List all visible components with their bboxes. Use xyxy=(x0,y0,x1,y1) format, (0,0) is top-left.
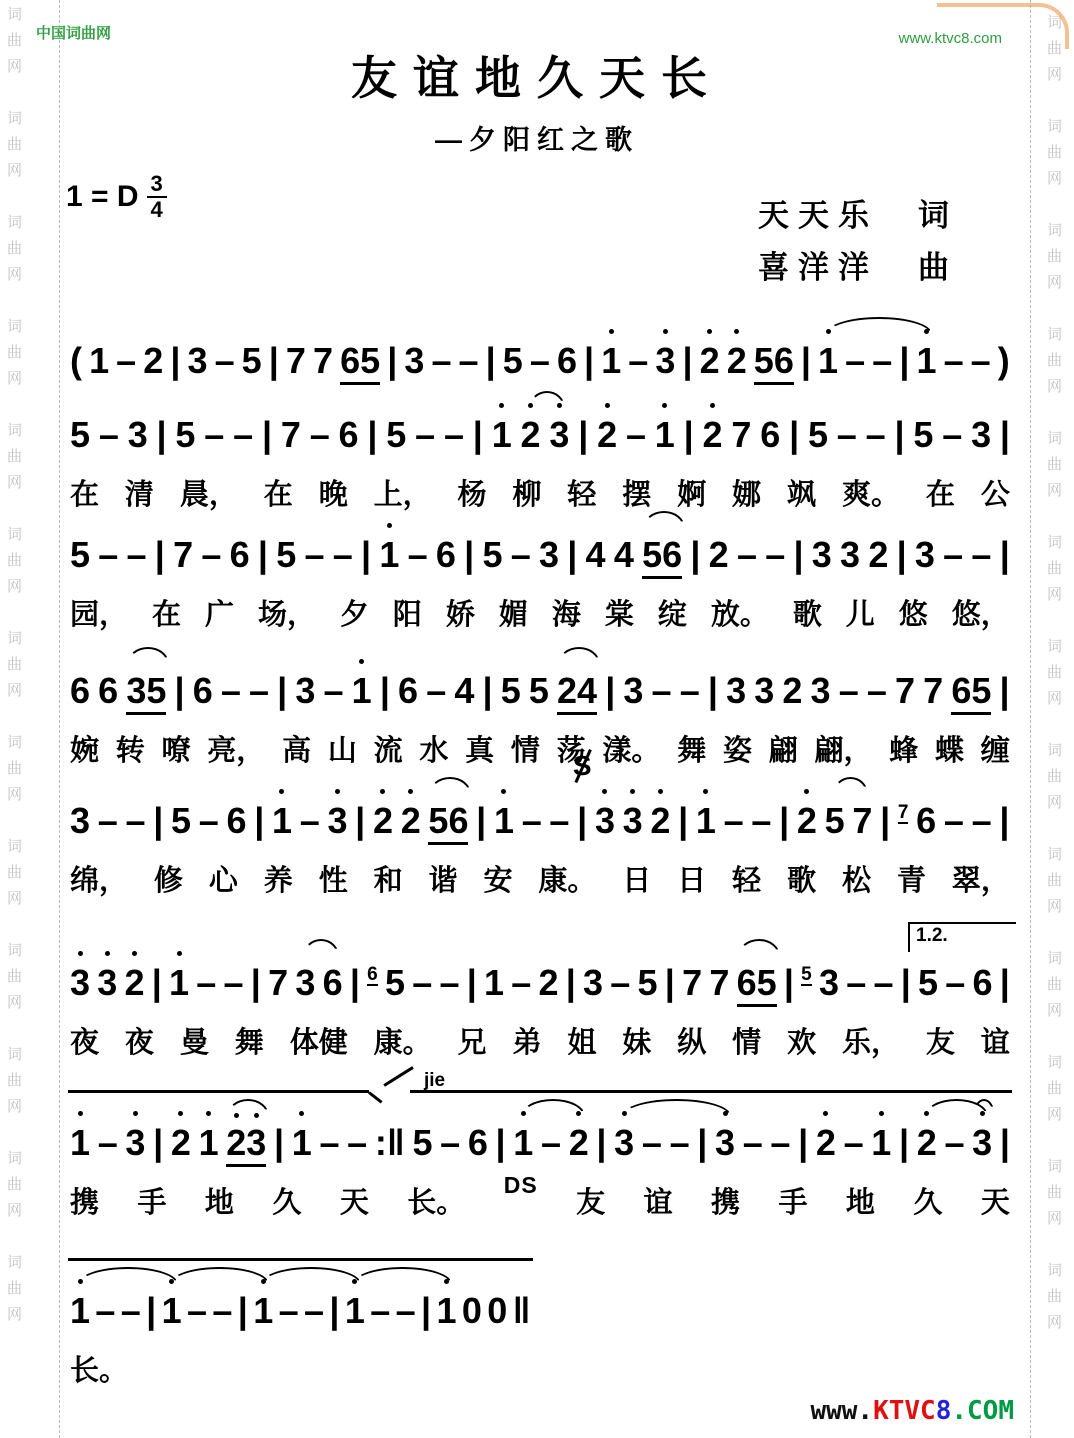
note-token: 3 xyxy=(187,338,207,384)
lyric: 地 xyxy=(205,1180,234,1221)
lyric: 园， xyxy=(70,592,128,633)
octave-dot xyxy=(924,329,929,334)
slur-arc xyxy=(833,777,868,794)
side-watermark-group: 词曲网 xyxy=(1047,634,1074,712)
note-token: 2 xyxy=(816,1120,836,1166)
lyric: 转 xyxy=(116,728,145,769)
lyric: 舞 xyxy=(235,1020,264,1061)
octave-dot xyxy=(630,789,635,794)
slur-arc xyxy=(622,1099,731,1116)
note-token: 1 xyxy=(379,532,399,578)
barline: | xyxy=(170,338,180,384)
note-token: – xyxy=(971,532,991,578)
barline: | xyxy=(262,412,272,458)
lyric: 手 xyxy=(137,1180,166,1221)
lyric: 娜 xyxy=(732,472,761,513)
lyric: 儿 xyxy=(846,592,875,633)
music-line: 1––|1––|1––|1––|100‖长。 xyxy=(70,1288,1010,1389)
lyric: 嘹 xyxy=(162,728,191,769)
lyric: 曼 xyxy=(180,1020,209,1061)
note-token: 1 xyxy=(169,960,189,1006)
lyric: 水 xyxy=(419,728,448,769)
octave-dot xyxy=(576,1111,581,1116)
music-line: 6635|6––|3–1|6–4|5524|3––|3323––7765|婉转嘹… xyxy=(70,668,1010,769)
lyric: 日 xyxy=(622,858,651,899)
note-token: – xyxy=(942,412,962,458)
barline: | xyxy=(801,338,811,384)
side-watermark-group: 词曲网 xyxy=(1047,1050,1074,1128)
note-token: 1 xyxy=(162,1288,182,1334)
slur-arc xyxy=(643,511,685,528)
note-token: 3 xyxy=(726,668,746,714)
lyric: 山 xyxy=(328,728,357,769)
barline: | xyxy=(251,960,261,1006)
note-token: – xyxy=(199,798,219,844)
lyric: 爽。 xyxy=(842,472,900,513)
octave-dot xyxy=(609,329,614,334)
lyric: 谊 xyxy=(644,1180,673,1221)
note-token: – xyxy=(944,798,964,844)
lyric: 康。 xyxy=(374,1020,432,1061)
note-token: – xyxy=(319,1120,339,1166)
note-token: 5 xyxy=(808,412,828,458)
note-token: – xyxy=(642,1120,662,1166)
note-token: 5 xyxy=(529,668,549,714)
note-token: 3 xyxy=(295,960,315,1006)
note-token: 6 xyxy=(226,798,246,844)
note-token: – xyxy=(610,960,630,1006)
note-token: 5 xyxy=(70,532,90,578)
note-token: – xyxy=(201,532,221,578)
note-token: – xyxy=(751,798,771,844)
note-token: – xyxy=(844,1120,864,1166)
note-token: – xyxy=(839,668,859,714)
barline: | xyxy=(238,1288,248,1334)
octave-dot xyxy=(335,789,340,794)
note-token: 3 xyxy=(915,532,935,578)
octave-dot xyxy=(133,1111,138,1116)
barline: | xyxy=(329,1288,339,1334)
barline: | xyxy=(1000,412,1010,458)
barline: | xyxy=(387,338,397,384)
lyric: 晨， xyxy=(180,472,238,513)
note-token: 2 xyxy=(700,338,720,384)
credits: 天天乐 词 喜洋洋 曲 xyxy=(758,190,958,294)
lyric: 友 xyxy=(926,1020,955,1061)
footer-logo-www: www. xyxy=(810,1396,873,1426)
note-token: – xyxy=(945,960,965,1006)
barline: | xyxy=(258,532,268,578)
barline: | xyxy=(486,338,496,384)
note-token: 3 xyxy=(295,668,315,714)
note-token: 1 xyxy=(70,1120,90,1166)
note-token: 3 xyxy=(811,668,831,714)
notes-row: 5–3|5––|7–6|5––|123|2–1|276|5––|5–3| xyxy=(70,412,1010,458)
note-token: – xyxy=(628,338,648,384)
lyric: 绵， xyxy=(70,858,128,899)
barline: | xyxy=(367,412,377,458)
note-token: 1 xyxy=(494,798,514,844)
note-token: – xyxy=(396,1288,416,1334)
lyric: 上， xyxy=(374,472,432,513)
lyric: 友 xyxy=(576,1180,605,1221)
grace-note: 7 xyxy=(898,803,909,824)
lyric: 悠， xyxy=(952,592,1010,633)
volta-bracket: 1.2. xyxy=(908,922,1016,952)
octave-dot xyxy=(78,951,83,956)
music-line: 5––|7–6|5––|1–6|5–3|4456|2––|332|3––|园，在… xyxy=(70,532,1010,633)
note-token: – xyxy=(944,338,964,384)
note-token: – xyxy=(324,668,344,714)
octave-dot xyxy=(105,951,110,956)
note-token: 1 xyxy=(436,1288,456,1334)
lyric: 摆 xyxy=(622,472,651,513)
note-token: 1 xyxy=(916,338,936,384)
octave-dot xyxy=(879,1111,884,1116)
lyric: 晚 xyxy=(319,472,348,513)
note-token: 1 xyxy=(513,1120,533,1166)
side-watermark-group: 词曲网 xyxy=(7,626,59,704)
note-token: 3 xyxy=(715,1120,735,1166)
time-denominator: 4 xyxy=(151,198,163,221)
note-token: 5 xyxy=(70,412,90,458)
note-token: 5 xyxy=(175,412,195,458)
note-token: 6 xyxy=(972,960,992,1006)
octave-dot xyxy=(622,1111,627,1116)
barline: | xyxy=(355,798,365,844)
lyric: 妹 xyxy=(622,1020,651,1061)
octave-dot xyxy=(602,789,607,794)
octave-dot xyxy=(132,951,137,956)
lyric: 松 xyxy=(842,858,871,899)
side-watermark-group: 词曲网 xyxy=(7,1042,59,1120)
note-token: 1 xyxy=(272,798,292,844)
note-token: 3 xyxy=(655,338,675,384)
note-token: – xyxy=(415,412,435,458)
barline: | xyxy=(999,798,1009,844)
note-token: – xyxy=(652,668,672,714)
note-token: – xyxy=(626,412,646,458)
octave-dot xyxy=(605,403,610,408)
octave-dot xyxy=(177,951,182,956)
note-token: – xyxy=(426,668,446,714)
sheet-page: 词曲网词曲网词曲网词曲网词曲网词曲网词曲网词曲网词曲网词曲网词曲网词曲网词曲网 … xyxy=(0,0,1074,1438)
note-token: 5 xyxy=(913,412,933,458)
note-token: 6 xyxy=(436,532,456,578)
lyrics-row: 携手地久天长。DS友谊携手地久天 xyxy=(70,1180,1010,1221)
key-text: 1 = D xyxy=(66,180,139,214)
barline: :‖ xyxy=(375,1120,405,1166)
barline: | xyxy=(682,338,692,384)
note-token: 3 xyxy=(623,798,643,844)
octave-dot xyxy=(710,403,715,408)
note-token: 2 xyxy=(521,412,541,458)
barline: | xyxy=(605,668,615,714)
side-watermark-group: 词曲网 xyxy=(7,834,59,912)
score: (1–2|3–5|7765|3––|5–6|1–3|2256|1––|1––)5… xyxy=(70,320,1010,1438)
octave-dot xyxy=(723,1111,728,1116)
note-token: 65 xyxy=(737,962,777,1007)
note-token: – xyxy=(872,338,892,384)
note-token: 2 xyxy=(797,798,817,844)
lyric: 夕 xyxy=(340,592,369,633)
footer-logo: www.KTVC8.COM xyxy=(810,1396,1014,1426)
lyric: 青 xyxy=(897,858,926,899)
note-token: – xyxy=(370,1288,390,1334)
note-token: – xyxy=(204,412,224,458)
note-token: 1 xyxy=(199,1120,219,1166)
octave-dot xyxy=(408,789,413,794)
note-token: – xyxy=(943,532,963,578)
side-watermark-group: 词曲网 xyxy=(1047,530,1074,608)
note-token: 2 xyxy=(703,412,723,458)
note-token: 3 xyxy=(971,412,991,458)
note-token: – xyxy=(770,1120,790,1166)
note-token: 2 xyxy=(709,532,729,578)
barline: | xyxy=(567,532,577,578)
note-token: 1 xyxy=(484,960,504,1006)
note-token: – xyxy=(249,668,269,714)
lyric: 情 xyxy=(511,728,540,769)
song-subtitle: —夕阳红之歌 xyxy=(0,118,1074,157)
note-token: 1 xyxy=(292,1120,312,1166)
notes-row: 5––|7–6|5––|1–6|5–3|4456|2––|332|3––| xyxy=(70,532,1010,578)
note-token: 2 xyxy=(125,960,145,1006)
lyric: 携 xyxy=(70,1180,99,1221)
note-token: 5 xyxy=(276,532,296,578)
note-token: – xyxy=(743,1120,763,1166)
note-token: 5 xyxy=(503,338,523,384)
note-token: – xyxy=(304,1288,324,1334)
barline: | xyxy=(467,960,477,1006)
note-token: 1 xyxy=(871,1120,891,1166)
lyric: 兄 xyxy=(458,1020,487,1061)
lyric: 地 xyxy=(846,1180,875,1221)
note-token: – xyxy=(310,412,330,458)
footer-logo-com: .COM xyxy=(951,1396,1014,1426)
note-token: 3 xyxy=(125,1120,145,1166)
lyric: 安 xyxy=(483,858,512,899)
lyric: 携 xyxy=(711,1180,740,1221)
note-token: 3 xyxy=(754,668,774,714)
barline: ‖ xyxy=(513,1288,531,1334)
octave-dot xyxy=(804,789,809,794)
note-token: – xyxy=(511,532,531,578)
side-watermark-group: 词曲网 xyxy=(1047,426,1074,504)
slur-arc xyxy=(353,1267,452,1284)
note-token: 6 xyxy=(323,960,343,1006)
music-line: 1–3|2123|1––:‖5–6|1–2|3––|3––|2–1|2–3|ji… xyxy=(70,1120,1010,1221)
octave-dot xyxy=(279,789,284,794)
note-token: 6 xyxy=(468,1120,488,1166)
note-token: – xyxy=(971,338,991,384)
lyric: 轻 xyxy=(567,472,596,513)
note-token: – xyxy=(347,1120,367,1166)
lyric: 高 xyxy=(282,728,311,769)
note-token: – xyxy=(408,532,428,578)
note-token: 7 xyxy=(268,960,288,1006)
note-token: 7 xyxy=(709,960,729,1006)
lyrics-row: 绵，修心养性和谐安康。日日轻歌松青翠， xyxy=(70,858,1010,899)
note-token: – xyxy=(121,1288,141,1334)
octave-dot xyxy=(206,1111,211,1116)
note-token: 6 xyxy=(230,532,250,578)
barline: | xyxy=(421,1288,431,1334)
lyric: 公 xyxy=(981,472,1010,513)
barline: | xyxy=(146,1288,156,1334)
note-token: – xyxy=(541,1120,561,1166)
octave-dot xyxy=(658,789,663,794)
note-token: 2 xyxy=(143,338,163,384)
note-token: 0 xyxy=(462,1288,482,1334)
note-token: 2 xyxy=(650,798,670,844)
bracket-line xyxy=(68,1258,533,1261)
lyrics-row: 长。 xyxy=(70,1348,1010,1389)
footer-logo-ktvc: KTVC xyxy=(873,1396,936,1426)
octave-dot xyxy=(387,523,392,528)
note-token: – xyxy=(737,532,757,578)
music-line: 332|1––|736|65––|1–2|3–5|7765|53––|5–6|1… xyxy=(70,960,1010,1061)
lyric: 棠 xyxy=(605,592,634,633)
lyric: 久 xyxy=(913,1180,942,1221)
note-token: 3 xyxy=(539,532,559,578)
barline: | xyxy=(793,532,803,578)
barline: | xyxy=(277,668,287,714)
lyrics-row: 在清晨，在晚上，杨柳轻摆婀娜飒爽。在公 xyxy=(70,472,1010,513)
octave-dot xyxy=(826,329,831,334)
octave-dot xyxy=(703,789,708,794)
lyric: 长。 xyxy=(70,1348,128,1389)
side-watermark-group: 词曲网 xyxy=(7,210,59,288)
note-token: – xyxy=(196,960,216,1006)
note-token: – xyxy=(511,960,531,1006)
slur-arc xyxy=(170,1267,269,1284)
note-token: 3 xyxy=(812,532,832,578)
octave-dot xyxy=(78,1111,83,1116)
note-token: 7 xyxy=(852,798,872,844)
lyric: 轻 xyxy=(732,858,761,899)
bracket-line xyxy=(68,1090,369,1093)
note-token: 3 xyxy=(840,532,860,578)
ds-mark: DS xyxy=(504,1172,538,1213)
lyric: 清 xyxy=(125,472,154,513)
note-token: – xyxy=(304,532,324,578)
lyric: 缠 xyxy=(981,728,1010,769)
lyric: 漾。 xyxy=(602,728,660,769)
lyric: 舞 xyxy=(677,728,706,769)
barline: | xyxy=(254,798,264,844)
slur-arc xyxy=(78,1267,178,1284)
lyric: 情 xyxy=(732,1020,761,1061)
lyric: 弟 xyxy=(512,1020,541,1061)
note-token: 65 xyxy=(951,670,991,715)
composer-credit: 喜洋洋 曲 xyxy=(758,242,958,294)
side-watermark-group: 词曲网 xyxy=(1047,322,1074,400)
note-token: – xyxy=(530,338,550,384)
lyric: 飒 xyxy=(787,472,816,513)
note-token: 6 xyxy=(193,668,213,714)
barline: | xyxy=(690,532,700,578)
octave-dot xyxy=(521,1111,526,1116)
note-token: 3 xyxy=(70,960,90,1006)
barline: | xyxy=(350,960,360,1006)
octave-dot xyxy=(299,1111,304,1116)
note-token: – xyxy=(845,338,865,384)
barline: | xyxy=(152,960,162,1006)
note-token: 3 xyxy=(623,668,643,714)
note-token: 56 xyxy=(428,800,468,845)
lyrics-row: 园，在广场，夕阳娇媚海棠绽放。歌儿悠悠， xyxy=(70,592,1010,633)
slur-arc xyxy=(738,939,780,956)
octave-dot xyxy=(663,329,668,334)
note-token: 2 xyxy=(597,412,617,458)
notes-row: 3––|5–6|1–3|2256|1––|S332|1––|257|76––| xyxy=(70,798,1010,844)
barline: | xyxy=(665,960,675,1006)
octave-dot xyxy=(499,403,504,408)
barline: | xyxy=(269,338,279,384)
lyric: 流 xyxy=(374,728,403,769)
lyric: 歌 xyxy=(793,592,822,633)
lyric: 姿 xyxy=(723,728,752,769)
note-token: 3 xyxy=(97,960,117,1006)
note-token: 7 xyxy=(313,338,333,384)
barline: | xyxy=(684,412,694,458)
lyrics-row: 夜夜曼舞体健康。兄弟姐妹纵情欢乐，友谊 xyxy=(70,1020,1010,1061)
bracket-line xyxy=(410,1090,1012,1093)
note-token: 2 xyxy=(917,1120,937,1166)
lyric: 绽 xyxy=(658,592,687,633)
note-token: 5 xyxy=(501,668,521,714)
slur-arc xyxy=(127,647,169,664)
note-token: – xyxy=(233,412,253,458)
side-watermark-group: 词曲网 xyxy=(1047,1154,1074,1232)
lyric: 蝶 xyxy=(935,728,964,769)
barline: | xyxy=(473,412,483,458)
octave-dot xyxy=(352,1279,357,1284)
note-token: 3 xyxy=(595,798,615,844)
barline: | xyxy=(999,668,1009,714)
note-token: 2 xyxy=(727,338,747,384)
note-token: 3 xyxy=(327,798,347,844)
note-token: 3 xyxy=(819,960,839,1006)
octave-dot xyxy=(734,329,739,334)
note-token: 7 xyxy=(173,532,193,578)
lyric: 婀 xyxy=(677,472,706,513)
note-token: 35 xyxy=(126,670,166,715)
note-token: 2 xyxy=(569,1120,589,1166)
note-token: – xyxy=(680,668,700,714)
barline: | xyxy=(880,798,890,844)
lyrics-row: 婉转嘹亮，高山流水真情荡漾。舞姿翩翩，蜂蝶缠 xyxy=(70,728,1010,769)
note-token: – xyxy=(431,338,451,384)
notes-row: 6635|6––|3–1|6–4|5524|3––|3323––7765| xyxy=(70,668,1010,714)
lyric: 养 xyxy=(264,858,293,899)
barline: | xyxy=(578,412,588,458)
octave-dot xyxy=(924,1111,929,1116)
lyric: 久 xyxy=(272,1180,301,1221)
note-token: 1 xyxy=(352,668,372,714)
note-token: – xyxy=(300,798,320,844)
note-token: 3 xyxy=(404,338,424,384)
side-watermark-left: 词曲网词曲网词曲网词曲网词曲网词曲网词曲网词曲网词曲网词曲网词曲网词曲网词曲网 xyxy=(0,0,60,1438)
note-token: – xyxy=(972,798,992,844)
lyric: 在 xyxy=(152,592,181,633)
barline: | xyxy=(174,668,184,714)
note-token: 23 xyxy=(226,1122,266,1167)
side-watermark-group: 词曲网 xyxy=(7,730,59,808)
lyric: 亮， xyxy=(207,728,265,769)
barline: | xyxy=(496,1120,506,1166)
